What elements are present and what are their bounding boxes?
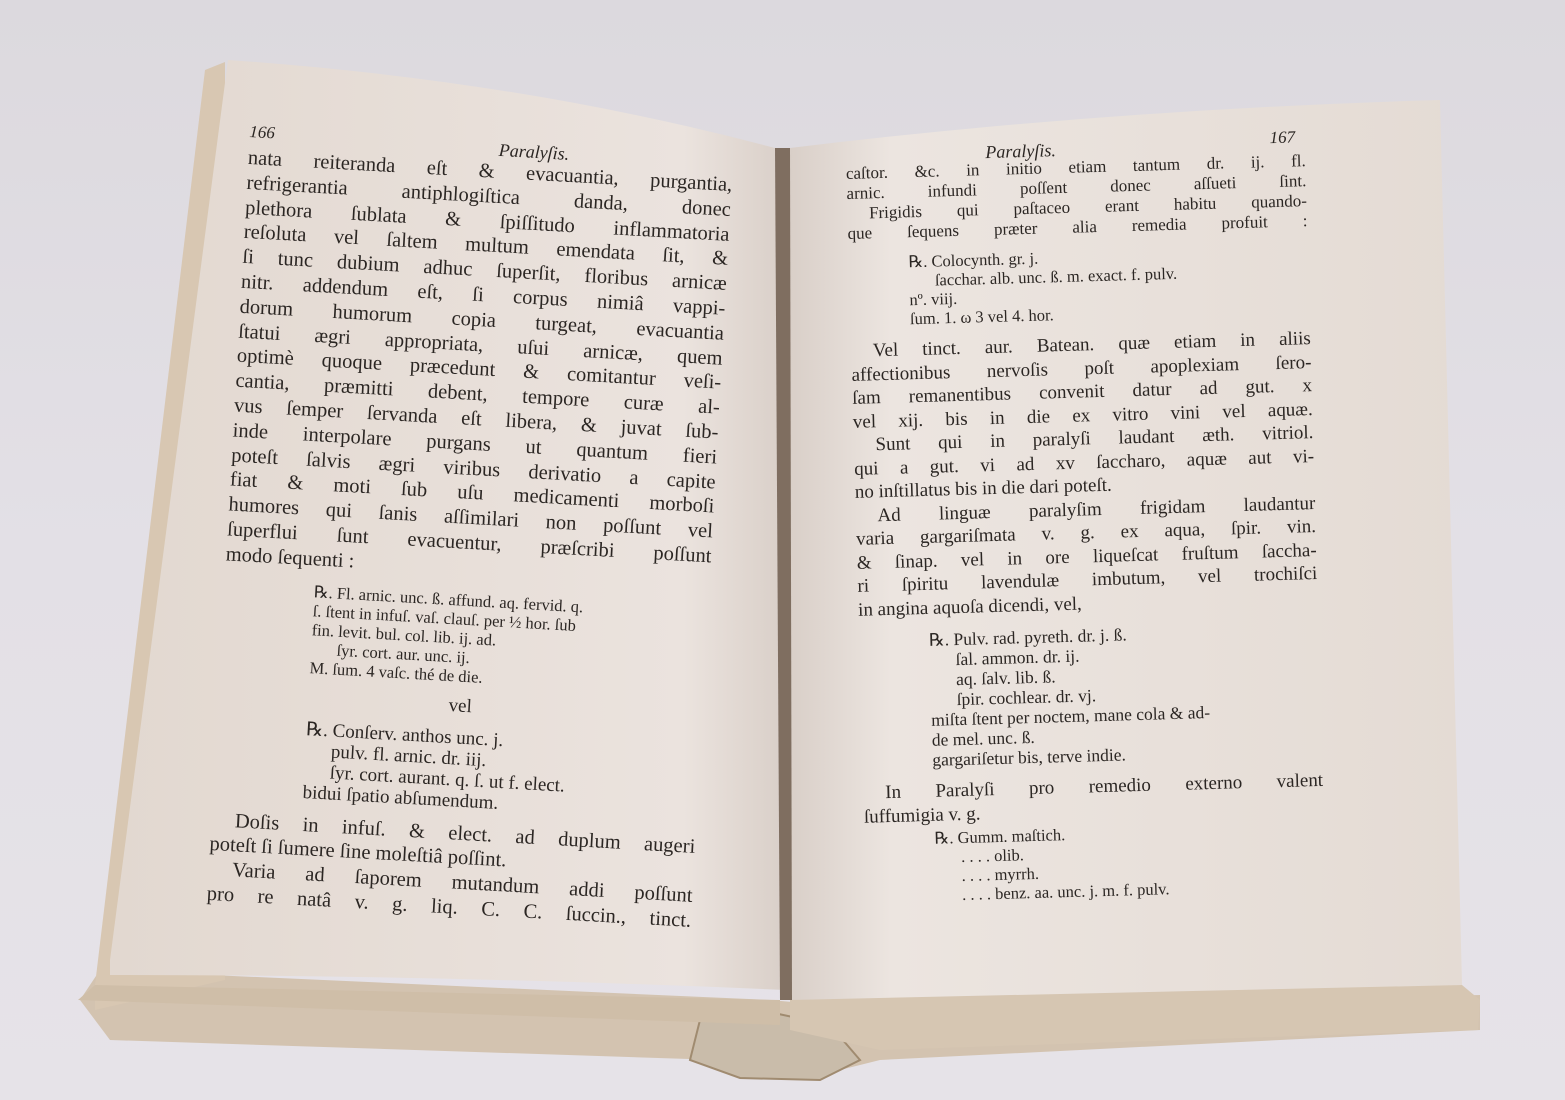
- running-head-title-right: Paralyſis.: [985, 140, 1056, 163]
- right-recipe-2: ℞. Pulv. rad. pyreth. dr. j. ß. ſal. amm…: [859, 619, 1323, 772]
- right-recipe-3: ℞. Gumm. maſtich. . . . . olib. . . . . …: [864, 818, 1326, 907]
- right-opening-paragraph: caſtor. &c. in initio etiam tantum dr. i…: [846, 151, 1308, 244]
- right-middle-paragraph: Vel tinct. aur. Batean. quæ etiam in ali…: [851, 327, 1319, 622]
- photo-scene: 166 Paralyſis. nata reiteranda eſt & eva…: [0, 0, 1565, 1100]
- left-recipe-2: ℞. Conſerv. anthos unc. j. pulv. fl. arn…: [212, 714, 701, 825]
- page-number-left: 166: [249, 122, 276, 143]
- left-recipe-1: ℞. Fl. arnic. unc. ß. affund. aq. fervid…: [219, 577, 709, 699]
- running-head-title-left: Paralyſis.: [498, 140, 570, 165]
- left-body-paragraph: nata reiteranda eſt & evacuantia, purgan…: [225, 146, 733, 594]
- left-page-text: 166 Paralyſis. nata reiteranda eſt & eva…: [206, 122, 734, 934]
- page-number-right: 167: [1269, 127, 1295, 148]
- right-page-text: Paralyſis. 167 caſtor. &c. in initio eti…: [845, 127, 1327, 917]
- right-recipe-1: ℞. Colocynth. gr. j. ſacchar. alb. unc. …: [848, 241, 1310, 330]
